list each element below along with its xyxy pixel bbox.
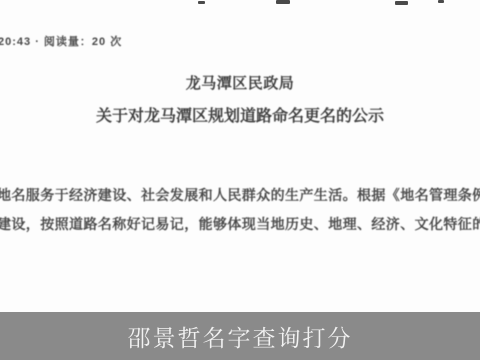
artifact-speck — [395, 1, 408, 5]
cropped-text-artifact — [0, 0, 480, 6]
post-meta-line: 20:43 · 阅读量：20 次 — [0, 33, 298, 49]
notice-title: 关于对龙马潭区规划道路命名更名的公示 — [0, 103, 480, 126]
page: 20:43 · 阅读量：20 次 龙马潭区民政局 关于对龙马潭区规划道路命名更名… — [0, 0, 480, 360]
artifact-speck — [198, 1, 205, 4]
artifact-speck — [276, 0, 290, 4]
notice-body-line-1: 地名服务于经济建设、社会发展和人民群众的生产生活。根据《地名管理条例》和地名文化 — [0, 181, 480, 210]
artifact-speck — [438, 0, 444, 3]
caption-title: 邵景哲名字查询打分 — [128, 320, 353, 353]
notice-body-line-2: 建设，按照道路名称好记易记，能够体现当地历史、地理、经济、文化特征的原则。 — [0, 210, 480, 239]
notice-body: 地名服务于经济建设、社会发展和人民群众的生产生活。根据《地名管理条例》和地名文化… — [0, 181, 480, 239]
caption-bar: 邵景哲名字查询打分 — [0, 312, 480, 360]
organization-title: 龙马潭区民政局 — [0, 72, 480, 93]
